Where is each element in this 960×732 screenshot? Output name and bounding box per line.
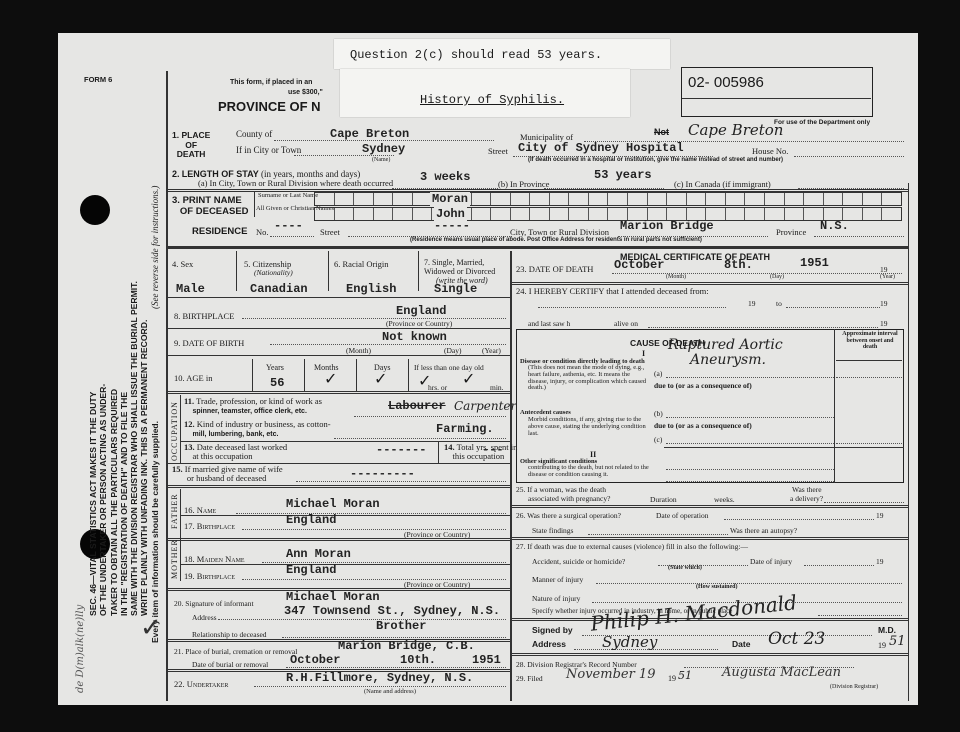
cause-a-handwritten: Ruptured Aortic Aneurysm. — [668, 338, 783, 368]
dotted-line — [814, 236, 904, 237]
occupation-side-label: OCCUPATION — [170, 401, 179, 461]
residence-street-label: Street — [320, 227, 340, 237]
due-to-1: due to (or as a consequence of) — [654, 381, 752, 390]
place-of-death-label: 1. PLACEOFDEATH — [172, 131, 210, 160]
q24-alive-on: alive on — [614, 319, 638, 328]
dotted-line — [666, 443, 834, 444]
divider — [328, 251, 329, 291]
burial-date-month: October — [290, 653, 340, 667]
q11-struck-value: Labourer — [388, 399, 446, 413]
dob-value: Not known — [382, 330, 447, 344]
city-label: If in City or Town — [236, 145, 301, 155]
age-min-checkmark-icon: ✓ — [462, 369, 475, 388]
surname-value: Moran — [430, 192, 470, 206]
dob-month-sub: (Month) — [346, 346, 371, 355]
burial-date-label: Date of burial or removal — [192, 660, 268, 669]
label-number: 3. — [172, 195, 180, 206]
divider — [834, 329, 835, 483]
mother-birthplace: England — [286, 563, 336, 577]
age-months-checkmark-icon: ✓ — [324, 369, 337, 388]
q27-nature: Nature of injury — [532, 594, 580, 603]
antecedent-note: Morbid conditions, if any, giving rise t… — [528, 416, 650, 437]
residence-province-label: Province — [776, 227, 806, 237]
q27-accident: Accident, suicide or homicide? — [532, 557, 625, 566]
q19-label: 19. Birthplace — [184, 571, 235, 581]
surname-cells — [314, 192, 902, 206]
label-number: 12. — [184, 419, 195, 429]
informant-address: 347 Townsend St., Sydney, N.S. — [284, 604, 500, 618]
q27-manner: Manner of injury — [532, 575, 583, 584]
residence-city-value: Marion Bridge — [620, 219, 714, 233]
section-divider — [512, 537, 908, 540]
age-years-value: 56 — [270, 376, 284, 390]
citizenship-value: Canadian — [250, 282, 308, 296]
q24-19a: 19 — [748, 299, 756, 308]
dotted-line — [794, 156, 904, 157]
divider — [168, 355, 510, 356]
age-years-label: Years — [266, 363, 284, 372]
q21-label: 21. Place of burial, cremation or remova… — [174, 647, 297, 656]
label-number: 1. — [172, 130, 179, 140]
signature-year-prefix: 19 — [878, 641, 886, 650]
dotted-line — [596, 583, 902, 584]
dotted-line — [836, 377, 902, 378]
signature-year-handwritten: 51 — [889, 634, 906, 649]
q25-delivery-line2: a delivery? — [790, 495, 823, 504]
street-label: Street — [488, 146, 508, 156]
dotted-line — [296, 481, 506, 482]
stay-b-label: (b) In Province — [498, 179, 549, 189]
residence-city-label: City, Town or Rural Division — [510, 227, 609, 237]
q16-label: 16. Name — [184, 505, 216, 515]
county-label: County of — [236, 129, 272, 139]
divider — [304, 359, 305, 391]
notice-line1: This form, if placed in an — [230, 79, 312, 86]
physician-signature: Philip H. Macdonald — [589, 590, 798, 636]
physician-address: Sydney — [602, 633, 657, 651]
divider — [664, 447, 904, 448]
dotted-line — [836, 443, 902, 444]
q27-state: (State which) — [668, 565, 702, 571]
q24-to: to — [776, 299, 782, 308]
section-divider — [512, 653, 908, 656]
death-year-sub: (Year) — [880, 274, 895, 280]
label-number: 2. — [172, 169, 180, 179]
margin-checkmark-icon: ✓ — [140, 613, 162, 643]
divider — [180, 515, 510, 516]
q11-line1: Trade, profession, or kind of work as — [196, 396, 322, 406]
dotted-line — [218, 619, 506, 620]
birthplace-label: 8. BIRTHPLACE — [174, 311, 234, 321]
racial-origin-label: 6. Racial Origin — [334, 259, 389, 269]
q15-line2: or husband of deceased — [187, 473, 267, 483]
registrar-signature: Augusta MacLean — [722, 665, 841, 680]
dotted-line — [270, 344, 506, 345]
dob-year-sub: (Year) — [482, 346, 501, 355]
notice-line2: use $300," — [288, 89, 323, 96]
dotted-line — [270, 236, 314, 237]
q15-label: 15. If married give name of wife or husb… — [172, 465, 283, 483]
mother-name: Ann Moran — [286, 547, 351, 561]
filed-date-handwritten: November 19 — [566, 667, 655, 682]
registration-number: 02- 005986 — [688, 74, 764, 91]
q14-label: 14. Total yrs. spent in this occupation — [444, 443, 517, 461]
divider — [180, 395, 181, 463]
surname-label: Surname or Last Name — [258, 192, 310, 199]
label-number: 11. — [184, 396, 194, 406]
death-year-prefix: 19 — [880, 265, 888, 274]
dotted-line — [354, 416, 506, 417]
dotted-line — [286, 667, 506, 668]
q27-19: 19 — [876, 557, 884, 566]
dotted-line — [818, 615, 902, 616]
dotted-line — [242, 318, 506, 319]
divider — [168, 328, 510, 329]
dotted-line — [824, 502, 904, 503]
stay-a-label: (a) In City, Town or Rural Division wher… — [198, 178, 393, 188]
marital-value: Single — [434, 282, 477, 296]
given-cells — [314, 207, 902, 221]
q26-findings: State findings — [532, 526, 573, 535]
dotted-line — [724, 519, 874, 520]
undertaker-value: R.H.Fillmore, Sydney, N.S. — [286, 671, 473, 685]
signature-date-label: Date — [732, 639, 750, 649]
section-divider — [168, 391, 510, 394]
death-year: 1951 — [800, 256, 829, 270]
given-label: All Given or Christian Names — [256, 205, 312, 212]
dotted-line — [612, 273, 902, 274]
dotted-line — [254, 686, 506, 687]
death-day-sub: (Day) — [770, 274, 784, 280]
dotted-line — [666, 469, 834, 470]
legal-line: SAME WITH THE DIVISION REGISTRAR WHO SHA… — [129, 56, 139, 616]
birthplace-sub: (Province or Country) — [386, 319, 452, 328]
section-divider — [168, 538, 510, 541]
relationship-value: Brother — [376, 619, 426, 633]
q27-date: Date of injury — [750, 557, 792, 566]
signed-by-label: Signed by — [532, 625, 573, 635]
q22-label: 22. Undertaker — [174, 679, 228, 689]
street-value: City of Sydney Hospital — [518, 141, 684, 155]
cause-c-label: (c) — [654, 435, 662, 444]
burial-date-day: 10th. — [400, 653, 436, 667]
father-side-label: FATHER — [170, 493, 179, 529]
legal-text-block: SEC. 46—VITAL STATISTICS ACT MAKES IT TH… — [88, 56, 150, 616]
q12-line2: mill, lumbering, bank, etc. — [193, 431, 279, 438]
burial-date-year: 1951 — [472, 653, 501, 667]
q24-19b: 19 — [880, 299, 888, 308]
other-conditions-note: contributing to the death, but not relat… — [528, 465, 652, 478]
divider — [180, 489, 181, 581]
divider — [836, 360, 902, 361]
q29-label: 29. Filed — [516, 674, 543, 683]
part-one-label: I — [642, 349, 645, 358]
q24-19c: 19 — [880, 319, 888, 328]
county-value: Cape Breton — [330, 127, 409, 141]
q20-label: 20. Signature of informant — [174, 599, 254, 608]
section-divider — [512, 505, 908, 508]
stay-b-value: 53 years — [594, 168, 652, 182]
residence-street-value: ----- — [434, 219, 470, 233]
q26-date: Date of operation — [656, 511, 708, 520]
city-sub: (Name) — [372, 157, 390, 163]
stay-c-label: (c) In Canada (if immigrant) — [674, 179, 771, 189]
cause-b-label: (b) — [654, 409, 663, 418]
legal-line: SEC. 46—VITAL STATISTICS ACT MAKES IT TH… — [88, 56, 98, 616]
dotted-line — [282, 637, 506, 638]
informant-signature: Michael Moran — [286, 590, 380, 604]
section-divider — [512, 282, 908, 285]
q24-label: 24. I HEREBY CERTIFY that I attended dec… — [516, 286, 709, 296]
q13-value: ------- — [376, 443, 426, 457]
dotted-line — [236, 513, 506, 514]
name-of-deceased-label: 3. PRINT NAME OF DECEASED — [172, 195, 249, 217]
sex-label: 4. Sex — [172, 259, 193, 269]
divider — [168, 297, 510, 298]
divider — [180, 564, 510, 565]
father-birthplace: England — [286, 513, 336, 527]
marital-label: 7. Single, Married, Widowed or Divorced … — [424, 258, 495, 285]
death-certificate: FORM 6 SEC. 46—VITAL STATISTICS ACT MAKE… — [58, 33, 918, 705]
form-right-border — [908, 183, 909, 701]
dotted-line — [786, 307, 880, 308]
undertaker-sub: (Name and address) — [364, 688, 416, 695]
direct-cause-note: (This does not mean the mode of dying, e… — [528, 365, 648, 392]
q13-label: 13. Date deceased last worked at this oc… — [184, 443, 287, 461]
stay-a-value: 3 weeks — [420, 170, 470, 184]
divider — [252, 359, 253, 391]
age-days-checkmark-icon: ✓ — [374, 369, 387, 388]
q25-delivery: Was there a delivery? — [790, 486, 823, 503]
dotted-line — [666, 417, 834, 418]
legal-line: IN THE "REGISTRATION OF DEATH" AND TO FI… — [119, 56, 129, 616]
divider — [408, 359, 409, 391]
divider — [418, 251, 419, 291]
dotted-line — [648, 327, 878, 328]
q26-label: 26. Was there a surgical operation? — [516, 511, 621, 520]
correction-slip-1-text: Question 2(c) should read 53 years. — [350, 48, 602, 62]
burial-place: Marion Bridge, C.B. — [338, 639, 475, 653]
informant-address-label: Address — [192, 613, 217, 622]
hospital-note: (If death occurred in a hospital or inst… — [528, 157, 783, 163]
q17-label: 17. Birthplace — [184, 521, 235, 531]
divider — [356, 359, 357, 391]
death-month-sub: (Month) — [666, 274, 686, 280]
q14-value: --- — [482, 443, 504, 457]
death-day: 8th. — [724, 258, 753, 272]
divider — [682, 98, 871, 99]
q13-line2: at this occupation — [193, 451, 253, 461]
father-name: Michael Moran — [286, 497, 380, 511]
q27-label: 27. If death was due to external causes … — [516, 542, 748, 551]
cause-a-line2: Aneurysm. — [668, 353, 783, 368]
dob-label: 9. DATE OF BIRTH — [174, 338, 244, 348]
q25-label: 25. If a woman, was the death associated… — [516, 486, 610, 503]
dotted-line — [666, 481, 834, 482]
form-left-border — [166, 71, 168, 701]
municipality-struck: Not — [654, 127, 669, 137]
age-label: 10. AGE in — [174, 373, 213, 383]
q18-label: 18. Maiden Name — [184, 554, 245, 564]
cause-a-line1: Ruptured Aortic — [668, 338, 783, 353]
label-number: 15. — [172, 464, 183, 474]
marital-label-line1: 7. Single, Married, — [424, 258, 495, 267]
q12-value: Farming. — [436, 422, 494, 436]
death-month: October — [614, 258, 664, 272]
legal-line: OF THE UNDERTAKER OR PERSON ACTING AS UN… — [98, 56, 108, 616]
department-note: For use of the Department only — [774, 119, 870, 126]
q11-label: 11. Trade, profession, or kind of work a… — [184, 397, 322, 416]
signature-address-label: Address — [532, 639, 566, 649]
q26-autopsy: Was there an autopsy? — [730, 526, 797, 535]
section-divider — [168, 246, 908, 249]
dotted-line — [666, 377, 834, 378]
residence-no-value: ---- — [274, 219, 303, 233]
racial-origin-value: English — [346, 282, 396, 296]
dob-day-sub: (Day) — [444, 346, 462, 355]
legal-line: TAKER TO OBTAIN ALL THE PARTICULARS REQU… — [109, 56, 119, 616]
dotted-line — [804, 565, 874, 566]
dotted-line — [334, 438, 506, 439]
marital-label-line2: Widowed or Divorced — [424, 267, 495, 276]
municipality-handwritten: Cape Breton — [688, 121, 783, 139]
correction-slip-1: Question 2(c) should read 53 years. — [334, 39, 670, 69]
registration-box: 02- 005986 — [681, 67, 873, 117]
divider — [236, 251, 237, 291]
q24-last-saw: and last saw h — [528, 319, 570, 328]
correction-slip-2-text: History of Syphilis. — [420, 93, 564, 107]
q11-handwritten-value: Carpenter — [454, 399, 516, 413]
city-value: Sydney — [362, 142, 405, 156]
dotted-line — [538, 307, 726, 308]
residence-no-label: No. — [256, 227, 269, 237]
section-divider — [168, 485, 510, 488]
residence-note: (Residence means usual place of abode. P… — [410, 237, 702, 243]
label-line1: PRINT NAME — [183, 195, 242, 206]
registrar-sub: (Division Registrar) — [830, 684, 878, 690]
divider — [438, 441, 439, 463]
interval-header: Approximate interval between onset and d… — [839, 331, 901, 351]
relationship-label: Relationship to deceased — [192, 630, 267, 639]
label-line2: OF DECEASED — [180, 206, 249, 217]
sex-value: Male — [176, 282, 205, 296]
q12-label: 12. Kind of industry or business, as cot… — [184, 420, 331, 439]
dotted-line — [588, 534, 728, 535]
residence-label: RESIDENCE — [192, 226, 247, 237]
birthplace-value: England — [396, 304, 446, 318]
filed-year-handwritten: 51 — [678, 669, 692, 682]
q12-line1: Kind of industry or business, as cotton- — [197, 419, 331, 429]
mother-side-label: MOTHER — [170, 539, 179, 579]
q26-19: 19 — [876, 511, 884, 520]
cause-a-label: (a) — [654, 369, 662, 378]
filed-year-prefix: 19 — [668, 674, 676, 683]
citizenship-sub: (Nationality) — [254, 268, 293, 277]
signature-date-handwritten: Oct 23 — [768, 629, 825, 649]
column-divider — [510, 251, 512, 701]
footer-instruction: Every item of information should be care… — [150, 421, 160, 643]
province-title: PROVINCE OF N — [218, 99, 321, 114]
q25-weeks: weeks. — [714, 495, 735, 504]
q27-how: (How sustained) — [696, 584, 738, 590]
q25-duration: Duration — [650, 495, 677, 504]
correction-slip-2: History of Syphilis. — [340, 69, 630, 117]
see-reverse-note: (See reverse side for instructions.) — [150, 186, 160, 309]
q15-value: --------- — [350, 467, 415, 481]
residence-province-value: N.S. — [820, 219, 849, 233]
house-label: House No. — [752, 146, 788, 156]
due-to-2: due to (or as a consequence of) — [654, 421, 752, 430]
q25-line2: associated with pregnancy? — [516, 495, 610, 504]
q11-line2: spinner, teamster, office clerk, etc. — [193, 408, 307, 415]
margin-handwriting: de D(m)alk(ne)lly — [76, 605, 86, 693]
antecedent-label: Antecedent causes — [520, 409, 571, 416]
divider — [254, 191, 255, 217]
legal-line: WRITE PLAINLY WITH UNFADING INK. THIS IS… — [139, 56, 149, 616]
q23-label: 23. DATE OF DEATH — [516, 264, 593, 274]
